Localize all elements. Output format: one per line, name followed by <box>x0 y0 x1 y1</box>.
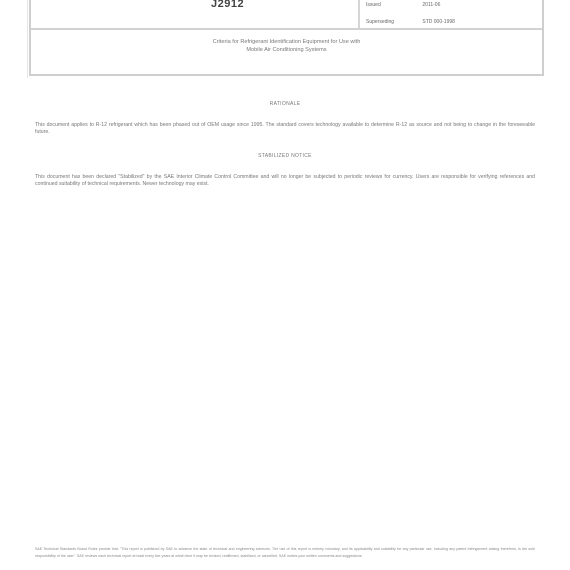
header-left: J2912 <box>31 0 358 28</box>
rationale-heading: RATIONALE <box>0 101 570 107</box>
title-line-1: Criteria for Refrigerant Identification … <box>31 38 542 46</box>
superseding-value: STD 000-1998 <box>422 19 455 25</box>
header-frame: J2912 Issued 2011-06 Superseding STD 000… <box>29 0 544 76</box>
document-title: Criteria for Refrigerant Identification … <box>31 38 542 54</box>
footer-disclaimer: SAE Technical Standards Board Rules prov… <box>35 546 535 559</box>
stabilized-notice-paragraph: This document has been declared "Stabili… <box>35 174 535 188</box>
issued-label: Issued <box>366 2 421 8</box>
superseding-label: Superseding <box>366 19 421 25</box>
left-margin-line <box>27 0 28 78</box>
header-divider <box>31 28 542 30</box>
stabilized-notice-heading: STABILIZED NOTICE <box>0 153 570 159</box>
header-info-block: Issued 2011-06 Superseding STD 000-1998 <box>358 0 544 28</box>
issued-row: Issued 2011-06 <box>366 2 440 8</box>
standard-number: J2912 <box>211 0 244 10</box>
title-line-2: Mobile Air Conditioning Systems <box>31 46 542 54</box>
issued-value: 2011-06 <box>422 2 440 8</box>
rationale-paragraph: This document applies to R-12 refrigeran… <box>35 122 535 136</box>
superseding-row: Superseding STD 000-1998 <box>366 19 455 25</box>
